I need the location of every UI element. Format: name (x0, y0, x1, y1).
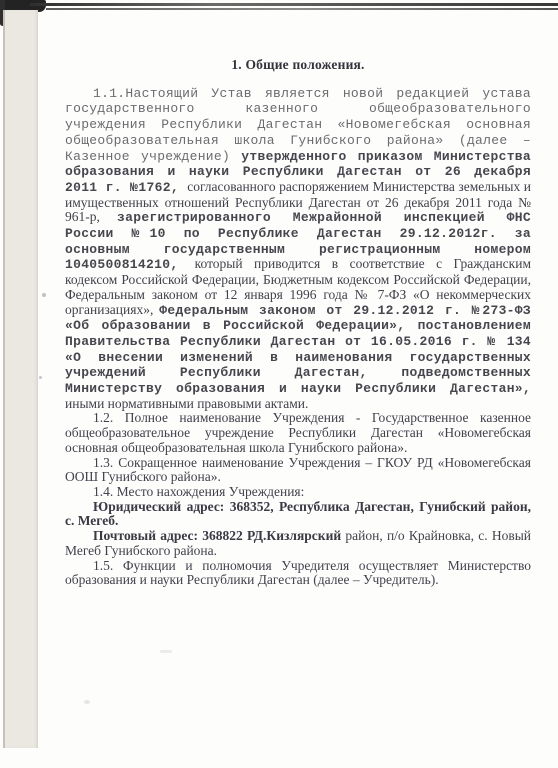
paragraph-1-3-short-name: 1.3. Сокращенное наименование Учреждения… (65, 456, 531, 485)
scan-edge-top-line (30, 3, 558, 6)
scan-page-edge-strip (3, 10, 38, 748)
section-heading: 1. Общие положения. (65, 58, 531, 73)
postal-address-bold-part: Почтовый адрес: 368822 РД.Кизлярский (93, 528, 341, 543)
paragraph-1-1: 1.1.Настоящий Устав является новой редак… (65, 86, 531, 412)
scan-speck (42, 293, 46, 297)
paragraph-1-2-full-name: 1.2. Полное наименование Учреждения - Го… (65, 411, 531, 455)
paragraph-1-5-founder: 1.5. Функции и полномочия Учредителя осу… (65, 559, 531, 588)
legal-address: Юридический адрес: 368352, Республика Да… (65, 500, 531, 529)
scanned-charter-page: { "page": { "section_title": "1. Общие п… (0, 0, 558, 768)
scan-speck (84, 700, 90, 704)
scan-edge-top-line-2 (46, 8, 558, 10)
para-1-1-other-acts: иными нормативными правовыми актами. (65, 396, 308, 411)
scan-speck (160, 650, 172, 653)
scan-speck (39, 376, 42, 379)
paragraph-1-4-location: 1.4. Место нахождения Учреждения: (65, 485, 531, 500)
postal-address: Почтовый адрес: 368822 РД.Кизлярский рай… (65, 529, 531, 558)
document-body: 1. Общие положения. 1.1.Настоящий Устав … (65, 58, 531, 588)
